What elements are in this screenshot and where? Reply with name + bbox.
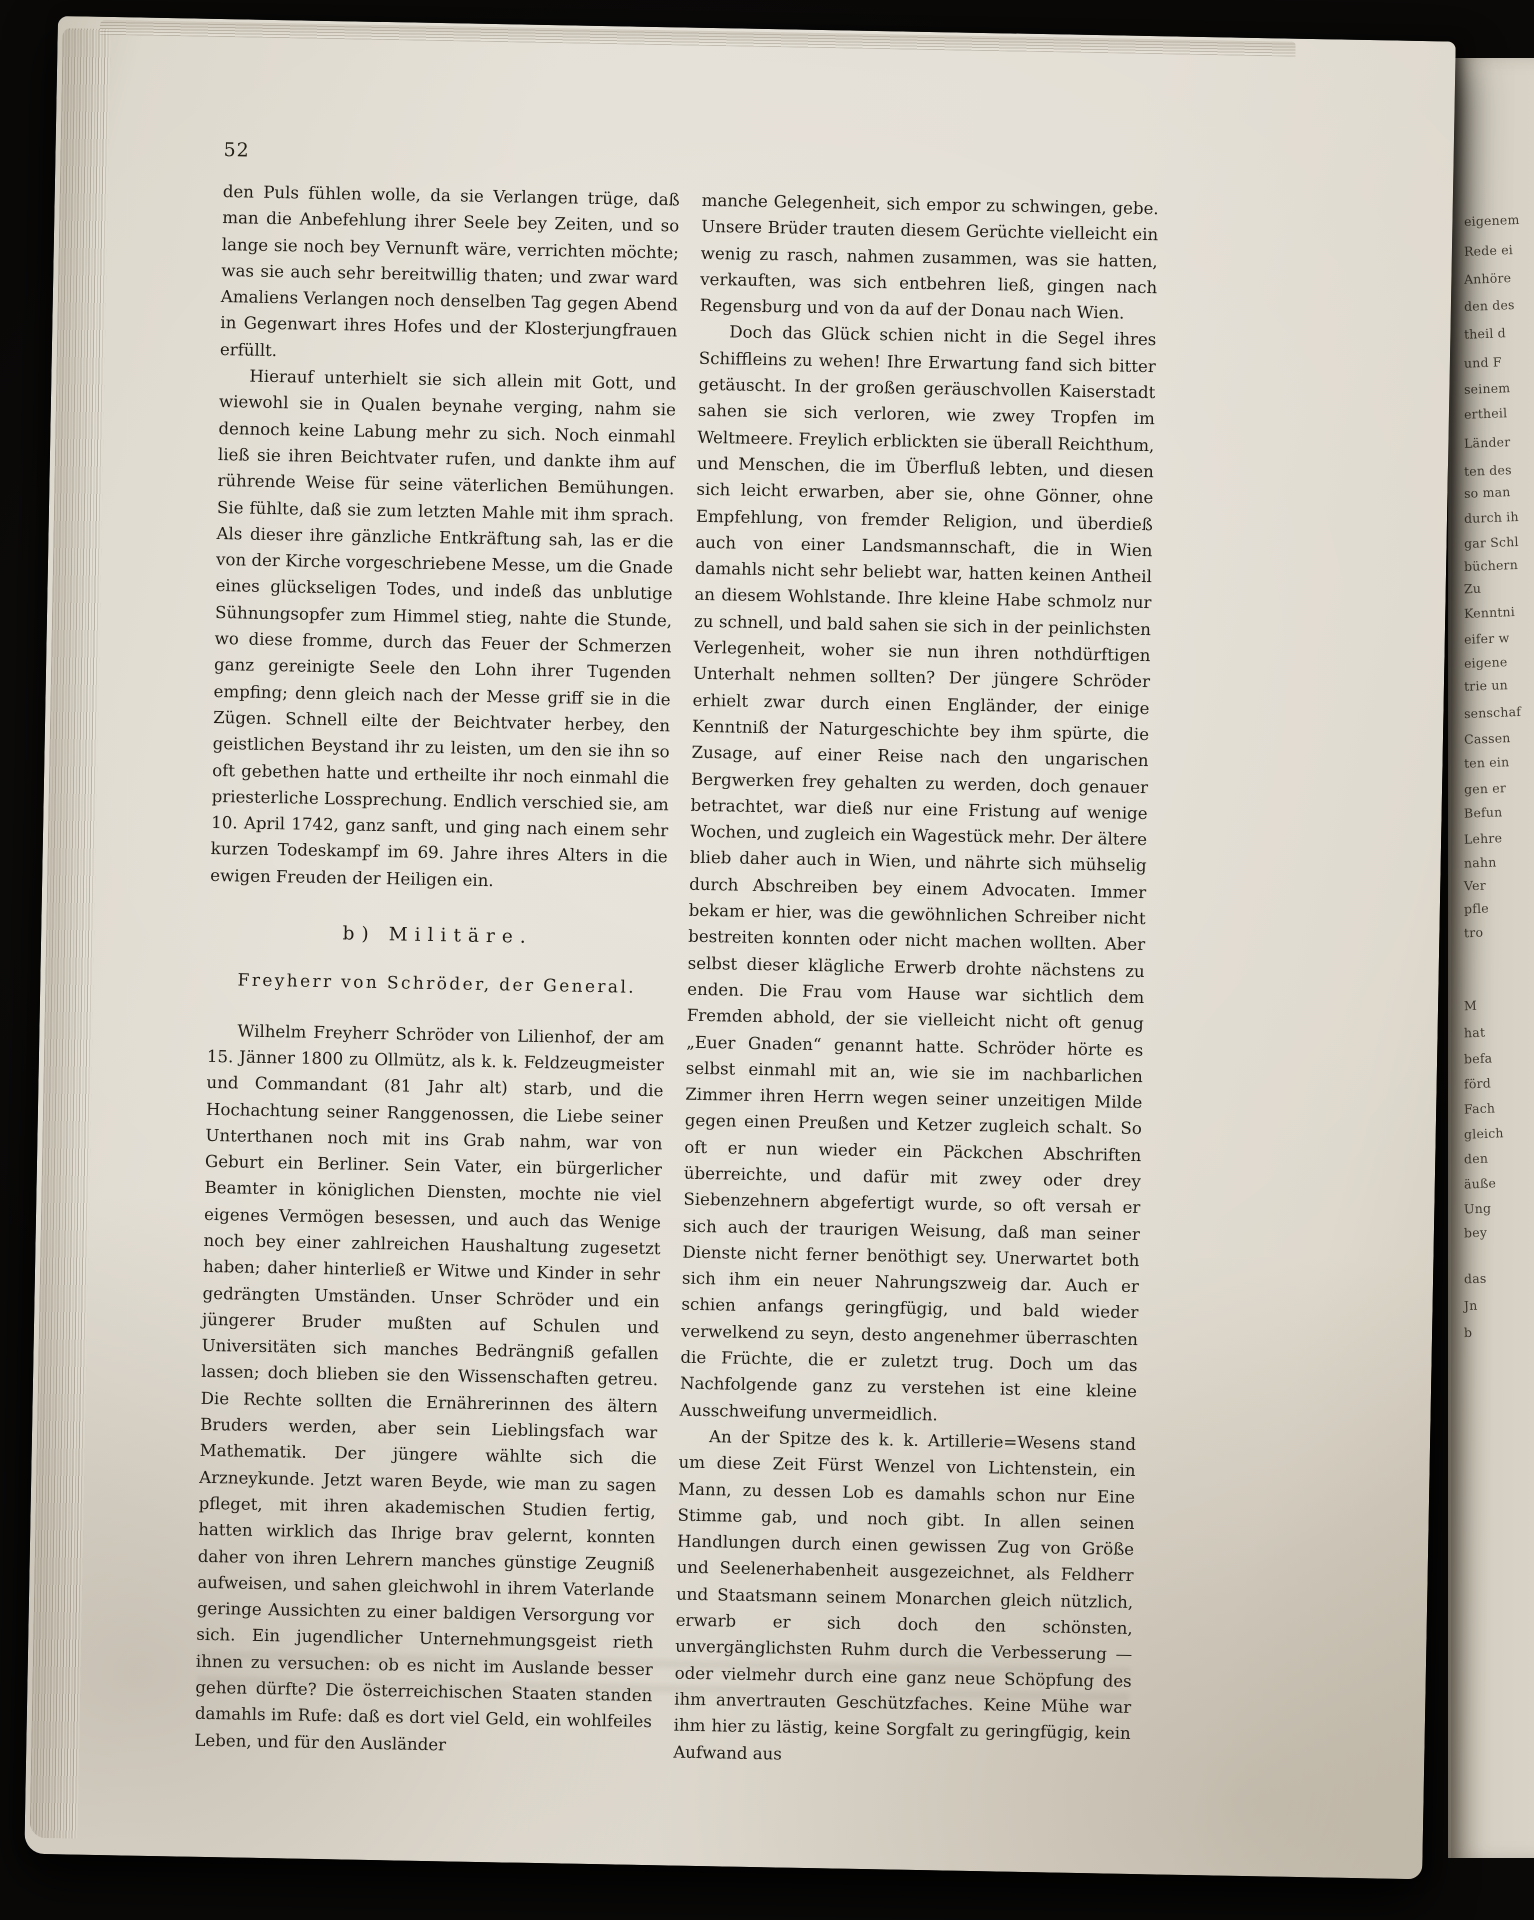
edge-text-fragment: ten ein — [1464, 754, 1510, 771]
text-block: den Puls fühlen wolle, da sie Verlangen … — [194, 179, 1159, 1774]
edge-text-fragment: Ung — [1464, 1200, 1492, 1216]
body-text-paragraph: manche Gelegenheit, sich empor zu schwin… — [700, 188, 1159, 328]
edge-text-fragment: seinem — [1464, 380, 1511, 397]
edge-text-fragment: eifer w — [1464, 630, 1510, 647]
edge-text-fragment: gen er — [1464, 780, 1507, 797]
article-heading: Freyherr von Schröder, der General. — [208, 967, 665, 1002]
left-column: den Puls fühlen wolle, da sie Verlangen … — [194, 179, 680, 1765]
edge-text-fragment: Ver — [1464, 878, 1486, 894]
edge-text-fragment: förd — [1464, 1075, 1491, 1091]
edge-text-fragment: b — [1464, 1325, 1473, 1340]
edge-text-fragment: den des — [1464, 297, 1515, 314]
book-page: 52 den Puls fühlen wolle, da sie Verlang… — [24, 16, 1455, 1879]
edge-text-fragment: Anhöre — [1464, 270, 1512, 287]
edge-text-fragment: theil d — [1464, 325, 1506, 342]
edge-text-fragment: trie un — [1464, 677, 1508, 694]
edge-text-fragment: so man — [1464, 484, 1511, 501]
edge-text-fragment: eigenem — [1464, 212, 1520, 229]
edge-text-fragment: befa — [1464, 1050, 1493, 1066]
edge-text-fragment: ten des — [1464, 462, 1512, 479]
edge-text-fragment: pfle — [1464, 901, 1489, 917]
edge-text-fragment: das — [1464, 1271, 1487, 1287]
edge-text-fragment: den — [1464, 1151, 1489, 1167]
edge-text-fragment: Jn — [1464, 1298, 1478, 1314]
edge-text-fragment: nahn — [1464, 854, 1497, 870]
edge-text-fragment: Kenntni — [1464, 604, 1516, 621]
edge-text-fragment: bey — [1464, 1225, 1488, 1241]
body-text-paragraph: den Puls fühlen wolle, da sie Verlangen … — [220, 179, 680, 371]
edge-text-fragment: Befun — [1464, 804, 1503, 820]
edge-text-fragment: Cassen — [1464, 730, 1511, 747]
edge-text-fragment: Fach — [1464, 1100, 1496, 1116]
body-text-paragraph: An der Spitze des k. k. Artillerie=Wesen… — [673, 1424, 1136, 1774]
section-heading: b) Militäre. — [209, 919, 666, 954]
edge-text-fragment: senschaf — [1464, 704, 1522, 721]
edge-text-fragment: hat — [1464, 1025, 1486, 1041]
edge-text-fragment: Lehre — [1464, 830, 1503, 846]
right-column: manche Gelegenheit, sich empor zu schwin… — [673, 188, 1159, 1774]
edge-text-fragment: Rede ei — [1464, 242, 1514, 259]
edge-text-fragment: und F — [1464, 354, 1502, 370]
edge-text-fragment: ertheil — [1464, 405, 1508, 422]
edge-text-fragment: Länder — [1464, 434, 1511, 451]
page-stack-edge-left — [30, 28, 111, 1839]
book-scan-photo: eigenemRede eiAnhöreden destheil dund Fs… — [0, 0, 1534, 1920]
edge-text-fragment: äuße — [1464, 1175, 1497, 1191]
edge-text-fragment: eigene — [1464, 654, 1508, 671]
body-text-paragraph: Hierauf unterhielt sie sich allein mit G… — [210, 363, 677, 897]
edge-text-fragment: gar Schl — [1464, 534, 1519, 551]
next-page-fore-edge: eigenemRede eiAnhöreden destheil dund Fs… — [1448, 58, 1534, 1858]
edge-text-fragment: durch ih — [1464, 509, 1519, 526]
edge-text-fragment: gleich — [1464, 1125, 1504, 1142]
body-text-paragraph: Doch das Glück schien nicht in die Segel… — [679, 319, 1156, 1432]
edge-text-fragment: M — [1464, 998, 1478, 1013]
page-stack-edge-top — [100, 20, 1296, 57]
edge-text-fragment: Zu — [1464, 581, 1482, 597]
edge-text-fragment: büchern — [1464, 557, 1518, 574]
page-number: 52 — [223, 139, 250, 161]
edge-text-fragment: tro — [1464, 925, 1484, 941]
